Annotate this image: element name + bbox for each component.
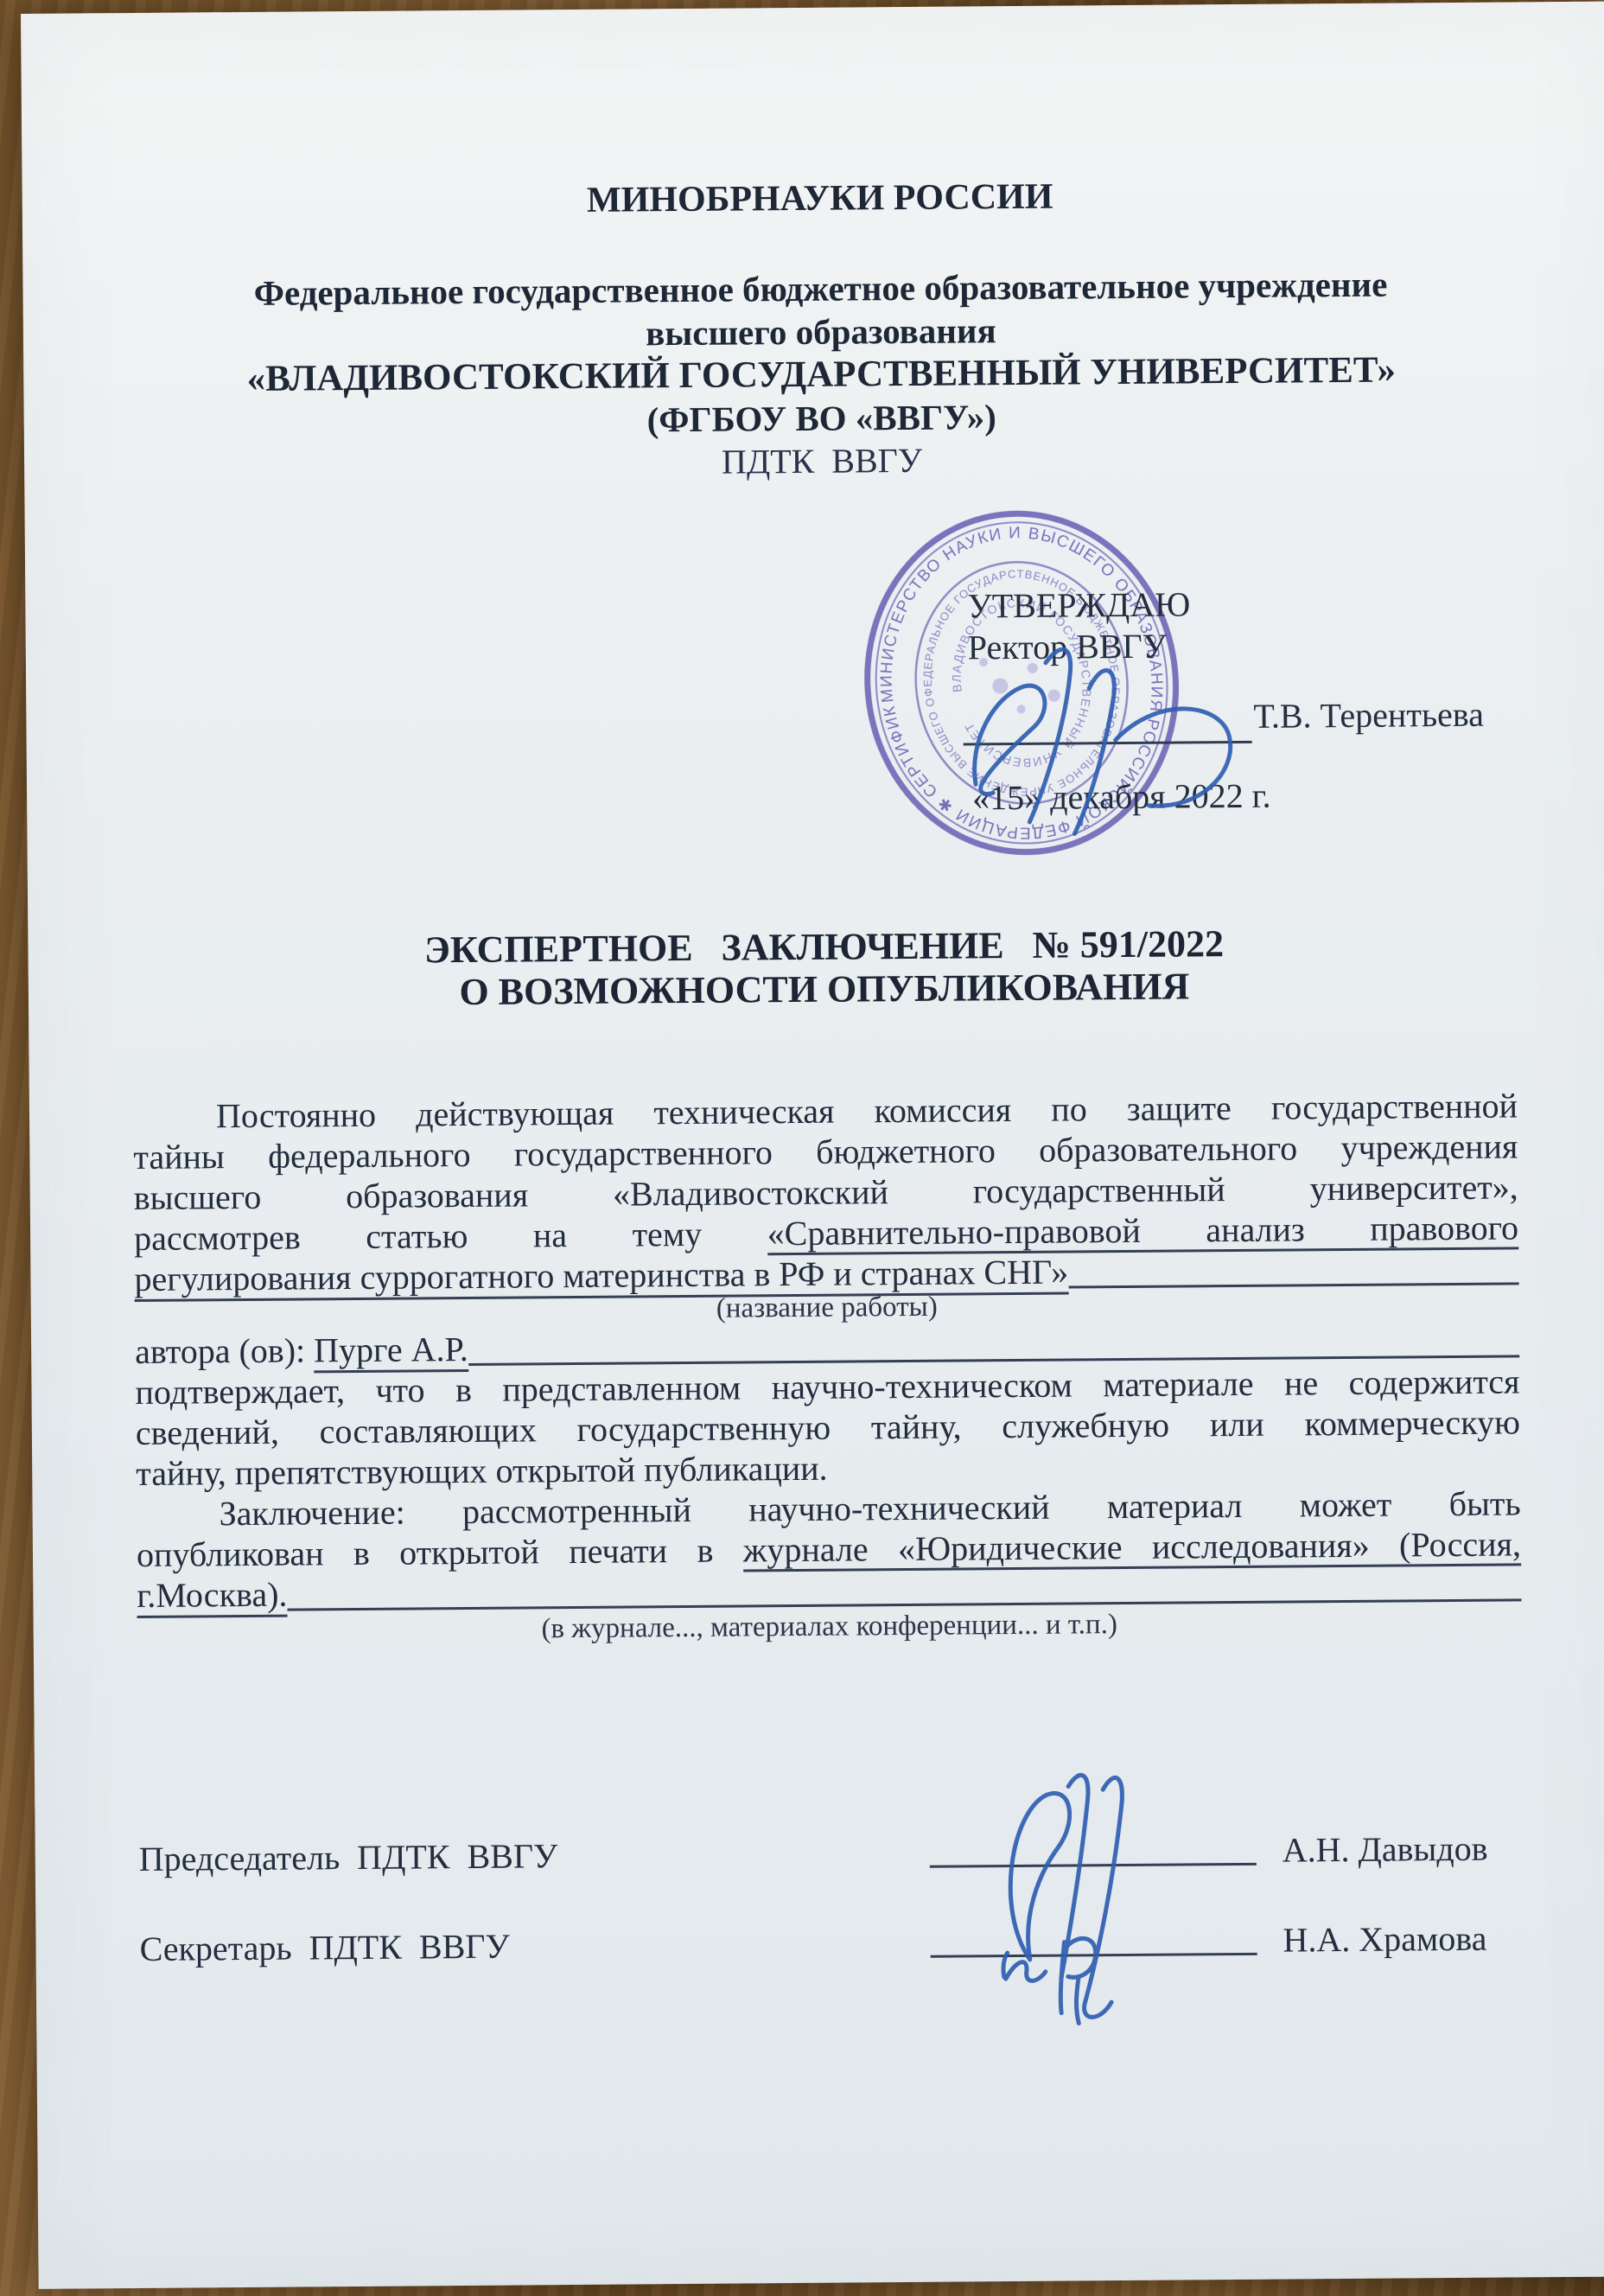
chairman-row: Председатель ПДТК ВВГУ А.Н. Давыдов <box>139 1827 1524 1880</box>
body-segment: рассмотрев статью на тему <box>134 1214 767 1258</box>
committee-signatures <box>899 1758 1315 2030</box>
document-paper: МИНОБРНАУКИ РОССИИ Федеральное государст… <box>21 2 1604 2289</box>
secretary-role: Секретарь ПДТК ВВГУ <box>139 1923 930 1970</box>
photo-of-document: { "header": { "l1": "МИНОБРНАУКИ РОССИИ"… <box>0 0 1604 2296</box>
approve-label: УТВЕРЖДАЮ <box>967 584 1190 626</box>
signature-block: Председатель ПДТК ВВГУ А.Н. Давыдов Секр… <box>139 1827 1524 1970</box>
chairman-role: Председатель ПДТК ВВГУ <box>139 1833 930 1880</box>
header-block: МИНОБРНАУКИ РОССИИ Федеральное государст… <box>22 170 1604 488</box>
rector-name: Т.В. Терентьева <box>1253 694 1484 737</box>
secretary-row: Секретарь ПДТК ВВГУ Н.А. Храмова <box>139 1917 1524 1970</box>
journal-name-part1: журнале «Юридические исследования» (Росс… <box>743 1524 1522 1572</box>
blank-underline <box>1068 1282 1518 1288</box>
work-title-part1: «Сравнительно-правовой анализ правового <box>767 1208 1519 1255</box>
body-segment: опубликован в открытой печати в <box>137 1530 743 1574</box>
author-label: автора (ов): <box>135 1330 314 1372</box>
body-text: Постоянно действующая техническая комисс… <box>133 1085 1522 1650</box>
approval-block: МИНИСТЕРСТВО НАУКИ И ВЫСШЕГО ОБРАЗОВАНИЯ… <box>907 555 1566 941</box>
document-title: ЭКСПЕРТНОЕ ЗАКЛЮЧЕНИЕ № 591/2022 О ВОЗМО… <box>131 920 1517 1016</box>
journal-name-part2: г.Москва). <box>137 1574 287 1618</box>
rector-signature <box>942 635 1272 854</box>
ministry-name: МИНОБРНАУКИ РОССИИ <box>22 170 1604 226</box>
author-name: Пурге А.Р. <box>314 1329 468 1373</box>
